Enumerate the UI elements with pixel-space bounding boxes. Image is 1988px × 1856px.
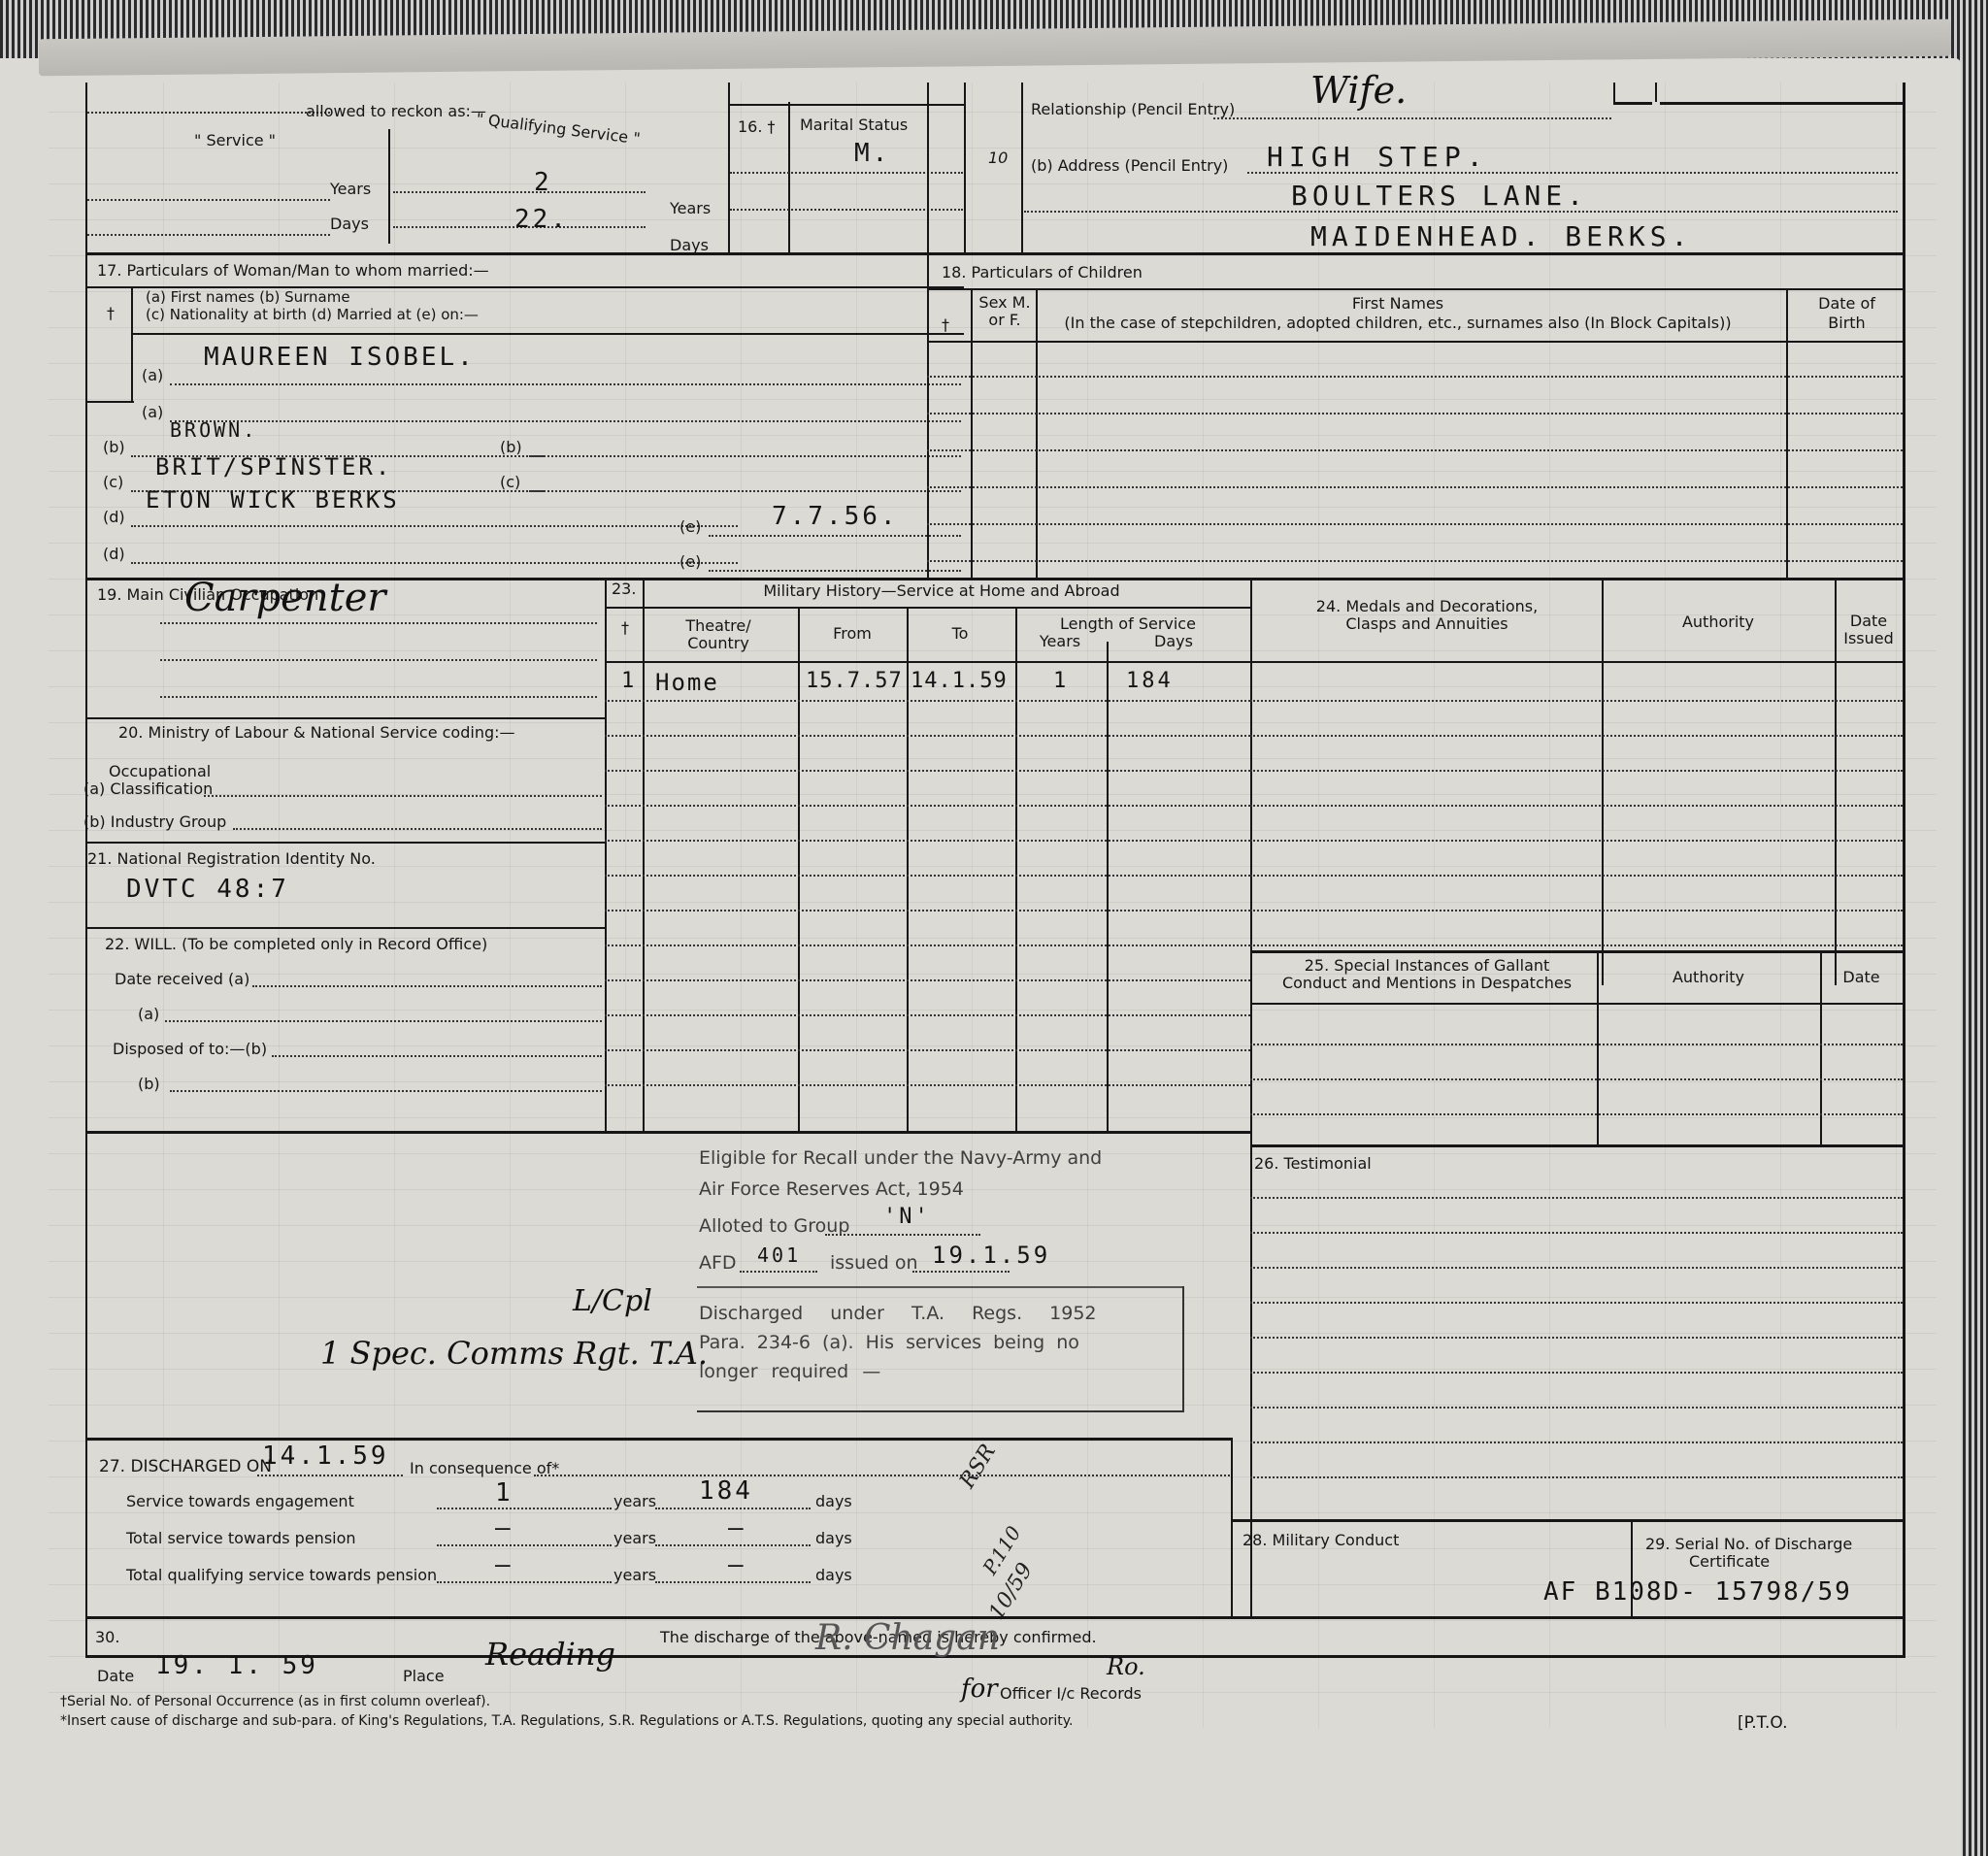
spouse-nationality: BRIT/SPINSTER. bbox=[155, 453, 392, 481]
children-dagger: † bbox=[942, 315, 949, 334]
confirmation-date-label: Date bbox=[97, 1667, 134, 1685]
frame-left bbox=[85, 83, 87, 1655]
spouse-d-label: (d) bbox=[103, 508, 125, 526]
military-history-dagger: † bbox=[621, 618, 629, 637]
unit-annotation: 1 Spec. Comms Rgt. T.A. bbox=[320, 1335, 708, 1372]
marital-status-number: 16. † bbox=[738, 117, 776, 136]
officer-signature: R. Chagan bbox=[815, 1618, 1000, 1658]
recall-stamp-border bbox=[697, 1286, 1184, 1412]
classification-label: (a) Classification bbox=[83, 779, 213, 798]
recall-group-value: 'N' bbox=[883, 1205, 931, 1229]
military-history-heading: Military History—Service at Home and Abr… bbox=[646, 581, 1238, 600]
reckon-heading: allowed to reckon as:— bbox=[306, 102, 486, 120]
spouse-c2-label: (c) bbox=[500, 473, 520, 491]
recall-stamp-line-2: Air Force Reserves Act, 1954 bbox=[699, 1174, 964, 1205]
coding-heading: 20. Ministry of Labour & National Servic… bbox=[118, 723, 515, 742]
col-country: Country bbox=[646, 634, 791, 652]
marital-status-label: Marital Status bbox=[800, 116, 908, 134]
col-days: Days bbox=[1107, 632, 1241, 650]
qualifying-years-value: 2 bbox=[534, 168, 552, 197]
children-col-names-note: (In the case of stepchildren, adopted ch… bbox=[1039, 314, 1757, 332]
confirmation-number: 30. bbox=[95, 1628, 119, 1646]
children-col-dob-2: Birth bbox=[1791, 314, 1903, 332]
spouse-surname: BROWN. bbox=[170, 418, 257, 442]
address-line-1: HIGH STEP. bbox=[1267, 141, 1489, 173]
footnote-dagger: †Serial No. of Personal Occurrence (as i… bbox=[60, 1694, 490, 1709]
rsr-annotation: RSR bbox=[956, 1441, 1001, 1493]
children-col-names: First Names bbox=[1039, 294, 1757, 313]
medals-col-authority: Authority bbox=[1602, 613, 1835, 631]
spouse-c-label: (c) bbox=[103, 473, 123, 491]
recall-afd-value: 401 bbox=[757, 1243, 801, 1267]
service-days-label: Days bbox=[330, 215, 369, 233]
will-b-label: (b) bbox=[138, 1075, 160, 1093]
discharged-on-label: 27. DISCHARGED ON bbox=[99, 1457, 272, 1476]
spouse-e-label: (e) bbox=[679, 517, 701, 536]
recall-stamp-line-1: Eligible for Recall under the Navy-Army … bbox=[699, 1143, 1102, 1174]
qualifying-days-value: 22. bbox=[514, 205, 569, 234]
recall-group-label: Alloted to Group bbox=[699, 1210, 849, 1242]
medals-heading-2: Clasps and Annuities bbox=[1252, 614, 1602, 633]
col-to: To bbox=[907, 624, 1013, 643]
will-disposed-label: Disposed of to:—(b) bbox=[113, 1040, 267, 1058]
service-record-form: allowed to reckon as:— " Service " " Qua… bbox=[49, 83, 1937, 1728]
spouse-married-at: ETON WICK BERKS bbox=[146, 486, 400, 514]
service-label: " Service " bbox=[194, 131, 276, 149]
marital-status-value: M. bbox=[854, 139, 890, 168]
spouse-d2-label: (d) bbox=[103, 545, 125, 563]
spouse-a2-label: (a) bbox=[142, 403, 163, 421]
rank-annotation: L/Cpl bbox=[573, 1284, 652, 1318]
children-col-dob: Date of bbox=[1791, 294, 1903, 313]
col-length: Length of Service bbox=[1015, 614, 1241, 633]
footnote-star: *Insert cause of discharge and sub-para.… bbox=[60, 1713, 1073, 1729]
spouse-b-label: (b) bbox=[103, 438, 125, 456]
spouse-a-label: (a) bbox=[142, 366, 163, 384]
col-years: Years bbox=[1015, 632, 1105, 650]
spouse-first-names: MAUREEN ISOBEL. bbox=[204, 343, 476, 372]
address-line-3: MAIDENHEAD. BERKS. bbox=[1310, 220, 1692, 252]
will-date-received-label: Date received (a) bbox=[115, 970, 249, 988]
col-from: From bbox=[798, 624, 907, 643]
discharge-serial-value: AF B108D- 15798/59 bbox=[1543, 1577, 1852, 1607]
page-turn-label: [P.T.O. bbox=[1738, 1713, 1788, 1733]
spouse-married-on: 7.7.56. bbox=[772, 502, 899, 531]
spouse-legend-1: (a) First names (b) Surname bbox=[146, 288, 350, 306]
children-heading: 18. Particulars of Children bbox=[942, 263, 1143, 282]
will-a-label: (a) bbox=[138, 1005, 159, 1023]
recall-issued-value: 19.1.59 bbox=[932, 1242, 1050, 1269]
gallant-col-date: Date bbox=[1820, 968, 1903, 986]
discharged-on-value: 14.1.59 bbox=[262, 1442, 389, 1471]
gallant-col-authority: Authority bbox=[1597, 968, 1820, 986]
discharge-serial-heading-2: Certificate bbox=[1689, 1552, 1770, 1571]
gallant-heading-2: Conduct and Mentions in Despatches bbox=[1252, 974, 1602, 992]
will-heading: 22. WILL. (To be completed only in Recor… bbox=[105, 935, 487, 953]
recall-issued-label: issued on bbox=[830, 1247, 918, 1278]
qualifying-years-label: Years bbox=[670, 199, 711, 217]
spouse-legend-2: (c) Nationality at birth (d) Married at … bbox=[146, 306, 479, 323]
service-years-label: Years bbox=[330, 180, 371, 198]
address-label: (b) Address (Pencil Entry) bbox=[1031, 156, 1228, 175]
industry-group-label: (b) Industry Group bbox=[83, 812, 226, 831]
testimonial-heading: 26. Testimonial bbox=[1254, 1154, 1372, 1173]
relationship-label: Relationship (Pencil Entry) bbox=[1031, 100, 1235, 118]
gallant-heading: 25. Special Instances of Gallant bbox=[1252, 956, 1602, 975]
officer-records-label: Officer I/c Records bbox=[1000, 1684, 1142, 1703]
relationship-number: 10 bbox=[988, 149, 1008, 167]
spouse-b2-label: (b) bbox=[500, 438, 522, 456]
occupation-value: Carpenter bbox=[184, 576, 385, 620]
address-line-2: BOULTERS LANE. bbox=[1291, 180, 1588, 212]
col-theatre: Theatre/ bbox=[646, 616, 791, 635]
frame-right bbox=[1903, 83, 1905, 1655]
military-conduct-heading: 28. Military Conduct bbox=[1242, 1531, 1399, 1549]
recall-afd-label: AFD bbox=[699, 1247, 737, 1278]
relationship-value: Wife. bbox=[1310, 69, 1407, 112]
occupational-label: Occupational bbox=[109, 762, 211, 780]
for-annotation: for bbox=[961, 1674, 998, 1704]
spouse-e2-label: (e) bbox=[679, 552, 701, 571]
confirmation-date-value: 19. 1. 59 bbox=[155, 1651, 318, 1680]
discharge-serial-heading: 29. Serial No. of Discharge bbox=[1645, 1535, 1852, 1553]
qualifying-service-label: " Qualifying Service " bbox=[475, 110, 641, 149]
medals-heading: 24. Medals and Decorations, bbox=[1252, 597, 1602, 615]
identity-number-heading: 21. National Registration Identity No. bbox=[87, 849, 376, 868]
spouse-dagger: † bbox=[107, 304, 115, 322]
identity-number-value: DVTC 48:7 bbox=[126, 875, 289, 904]
military-history-number: 23. bbox=[612, 580, 636, 598]
confirmation-place-value: Reading bbox=[485, 1636, 615, 1673]
officer-signature-suffix: Ro. bbox=[1107, 1653, 1145, 1680]
medals-col-date-issued: Date Issued bbox=[1835, 613, 1903, 647]
spouse-heading: 17. Particulars of Woman/Man to whom mar… bbox=[97, 261, 489, 280]
children-col-sex: Sex M. or F. bbox=[976, 294, 1034, 329]
confirmation-place-label: Place bbox=[403, 1667, 445, 1685]
